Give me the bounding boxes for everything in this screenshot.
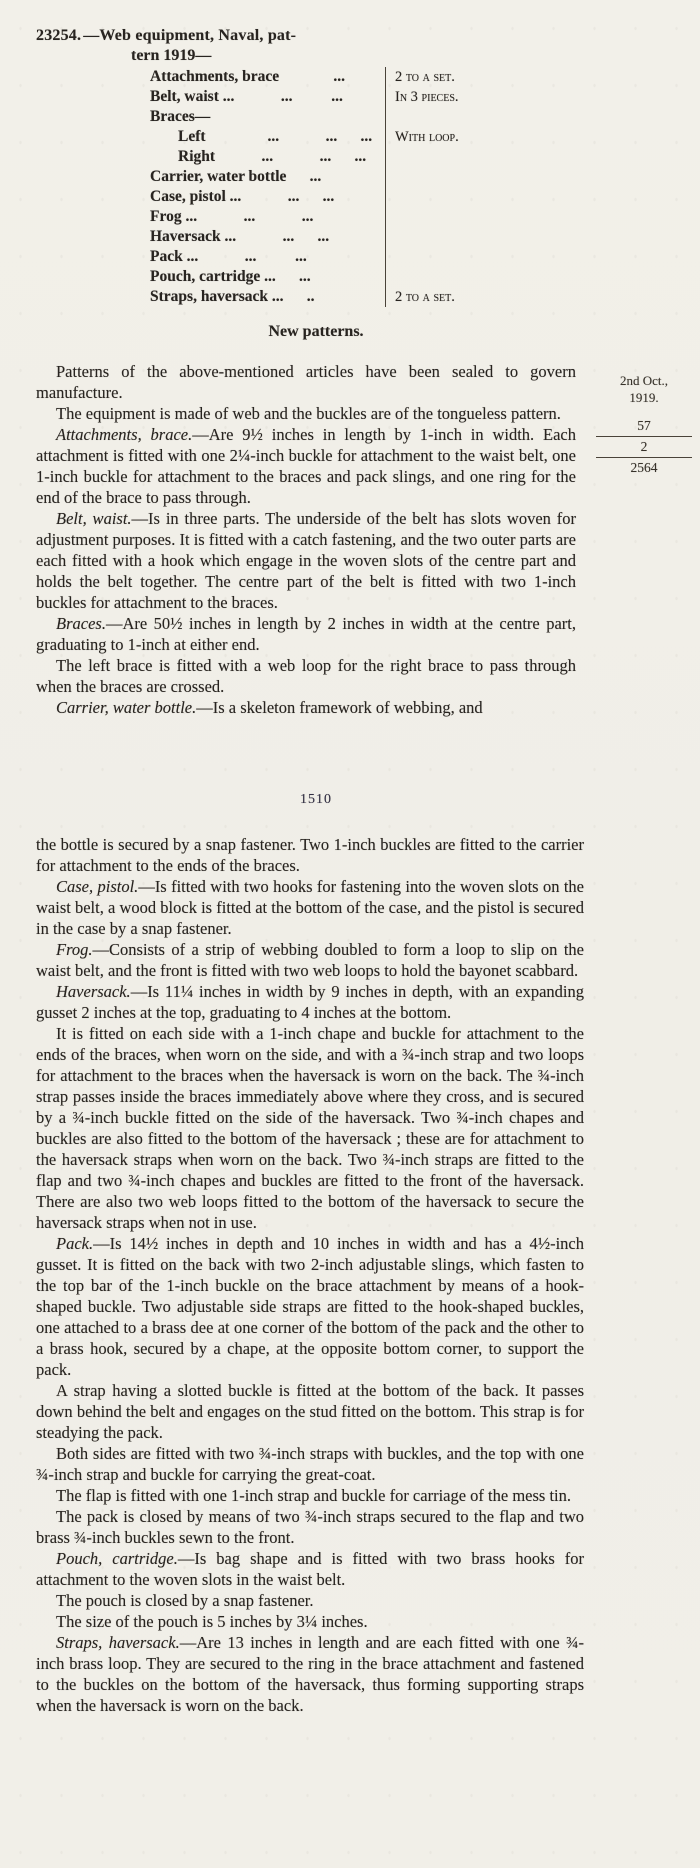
paragraph: The flap is fitted with one 1-inch strap… bbox=[36, 1485, 584, 1506]
paragraph: It is fitted on each side with a 1-inch … bbox=[36, 1023, 584, 1233]
paragraph: Both sides are fitted with two ¾-inch st… bbox=[36, 1443, 584, 1485]
document-page: 23254.—Web equipment, Naval, pat- tern 1… bbox=[0, 0, 700, 1868]
item-note bbox=[385, 267, 676, 287]
paragraph-text: Both sides are fitted with two ¾-inch st… bbox=[36, 1444, 584, 1484]
paragraph-lead: Haversack. bbox=[56, 982, 131, 1001]
item-note: 2 to a set. bbox=[385, 67, 676, 87]
paragraph-text: The equipment is made of web and the buc… bbox=[56, 404, 561, 423]
paragraph-text: —Is 14½ inches in depth and 10 inches in… bbox=[36, 1234, 584, 1379]
paragraph-lead: Case, pistol. bbox=[56, 877, 138, 896]
item-note bbox=[385, 147, 676, 167]
item-label: Carrier, water bottle ... bbox=[36, 167, 385, 187]
page-number: 1510 bbox=[36, 792, 596, 808]
paragraph-text: A strap having a slotted buckle is fitte… bbox=[36, 1381, 584, 1442]
paragraph-text: The pack is closed by means of two ¾-inc… bbox=[36, 1507, 584, 1547]
item-label: Belt, waist ... ... ... bbox=[36, 87, 385, 107]
item-note bbox=[385, 227, 676, 247]
item-label: Pack ... ... ... bbox=[36, 247, 385, 267]
margin-date-line2: 1919. bbox=[596, 389, 692, 406]
item-label: Pouch, cartridge ... ... bbox=[36, 267, 385, 287]
paragraph-lead: Straps, haversack. bbox=[56, 1633, 180, 1652]
paragraph-lead: Carrier, water bottle. bbox=[56, 698, 196, 717]
paragraph: Carrier, water bottle.—Is a skeleton fra… bbox=[36, 697, 576, 718]
paragraph: the bottle is secured by a snap fastener… bbox=[36, 834, 584, 876]
entry-title: 23254.—Web equipment, Naval, pat- bbox=[36, 26, 700, 46]
item-label: Right ... ... ... bbox=[36, 147, 385, 167]
margin-notes: 2nd Oct., 1919. 57 2 2564 bbox=[596, 372, 692, 478]
paragraph-lead: Pack. bbox=[56, 1234, 93, 1253]
entry-title-text: —Web equipment, Naval, pat- bbox=[83, 27, 296, 44]
paragraph-text: —Is a skeleton framework of webbing, and bbox=[196, 698, 482, 717]
margin-ref-value: 2564 bbox=[596, 458, 692, 478]
paragraph: Frog.—Consists of a strip of webbing dou… bbox=[36, 939, 584, 981]
paragraph-lead: Frog. bbox=[56, 940, 93, 959]
item-label: Braces— bbox=[36, 107, 385, 127]
paragraph-text: the bottle is secured by a snap fastener… bbox=[36, 835, 584, 875]
entry-number: 23254. bbox=[36, 27, 81, 44]
paragraph-text: The size of the pouch is 5 inches by 3¼ … bbox=[56, 1612, 368, 1631]
paragraph: Belt, waist.—Is in three parts. The unde… bbox=[36, 508, 576, 613]
entry-title-line2: tern 1919— bbox=[131, 46, 700, 65]
section-heading: New patterns. bbox=[36, 323, 596, 341]
margin-reference: 57 2 2564 bbox=[596, 416, 692, 478]
paragraph: The pack is closed by means of two ¾-inc… bbox=[36, 1506, 584, 1548]
item-label: Frog ... ... ... bbox=[36, 207, 385, 227]
item-note bbox=[385, 187, 676, 207]
paragraph: Braces.—Are 50½ inches in length by 2 in… bbox=[36, 613, 576, 655]
paragraph: The left brace is fitted with a web loop… bbox=[36, 655, 576, 697]
item-label: Attachments, brace ... bbox=[36, 67, 385, 87]
paragraph: Patterns of the above-mentioned articles… bbox=[36, 361, 576, 403]
item-note bbox=[385, 107, 676, 127]
paragraph-lead: Pouch, cartridge. bbox=[56, 1549, 178, 1568]
item-label: Left ... ... ... bbox=[36, 127, 385, 147]
item-note bbox=[385, 247, 676, 267]
item-note: With loop. bbox=[385, 127, 676, 147]
paragraph: The pouch is closed by a snap fastener. bbox=[36, 1590, 584, 1611]
page2-body: the bottle is secured by a snap fastener… bbox=[36, 834, 584, 1716]
paragraph: Pouch, cartridge.—Is bag shape and is fi… bbox=[36, 1548, 584, 1590]
item-note: 2 to a set. bbox=[385, 287, 676, 307]
margin-ref-value: 57 bbox=[596, 416, 692, 437]
paragraph-text: The flap is fitted with one 1-inch strap… bbox=[56, 1486, 571, 1505]
item-label: Case, pistol ... ... ... bbox=[36, 187, 385, 207]
page1-body: Patterns of the above-mentioned articles… bbox=[36, 361, 576, 718]
paragraph: Case, pistol.—Is fitted with two hooks f… bbox=[36, 876, 584, 939]
paragraph-text: —Are 50½ inches in length by 2 inches in… bbox=[36, 614, 576, 654]
margin-date: 2nd Oct., 1919. bbox=[596, 372, 692, 406]
paragraph-lead: Belt, waist. bbox=[56, 509, 132, 528]
margin-ref-value: 2 bbox=[596, 437, 692, 458]
paragraph-text: —Consists of a strip of webbing doubled … bbox=[36, 940, 584, 980]
paragraph: Attachments, brace.—Are 9½ inches in len… bbox=[36, 424, 576, 508]
item-note bbox=[385, 167, 676, 187]
paragraph: The equipment is made of web and the buc… bbox=[36, 403, 576, 424]
paragraph: Pack.—Is 14½ inches in depth and 10 inch… bbox=[36, 1233, 584, 1380]
paragraph: A strap having a slotted buckle is fitte… bbox=[36, 1380, 584, 1443]
paragraph-text: Patterns of the above-mentioned articles… bbox=[36, 362, 576, 402]
paragraph-text: The pouch is closed by a snap fastener. bbox=[56, 1591, 314, 1610]
item-note bbox=[385, 207, 676, 227]
catalogue-item-list: Attachments, brace ... 2 to a set. Belt,… bbox=[36, 67, 676, 307]
margin-date-line1: 2nd Oct., bbox=[596, 372, 692, 389]
paragraph-lead: Braces. bbox=[56, 614, 106, 633]
paragraph: Straps, haversack.—Are 13 inches in leng… bbox=[36, 1632, 584, 1716]
item-label: Haversack ... ... ... bbox=[36, 227, 385, 247]
paragraph-text: It is fitted on each side with a 1-inch … bbox=[36, 1024, 584, 1232]
paragraph-lead: Attachments, brace. bbox=[56, 425, 192, 444]
item-label: Straps, haversack ... .. bbox=[36, 287, 385, 307]
paragraph-text: The left brace is fitted with a web loop… bbox=[36, 656, 576, 696]
item-note: In 3 pieces. bbox=[385, 87, 676, 107]
paragraph: Haversack.—Is 11¼ inches in width by 9 i… bbox=[36, 981, 584, 1023]
paragraph: The size of the pouch is 5 inches by 3¼ … bbox=[36, 1611, 584, 1632]
